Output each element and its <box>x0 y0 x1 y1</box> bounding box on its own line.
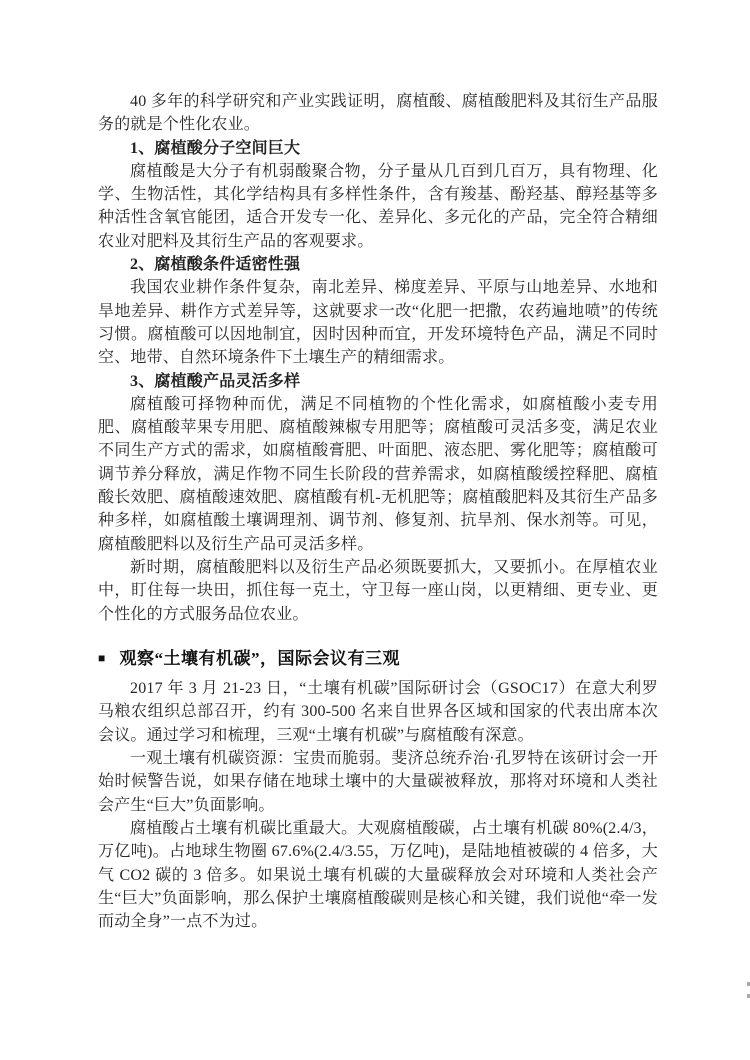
paragraph-first-view: 一观土壤有机碳资源：宝贵而脆弱。斐济总统乔治·孔罗特在该研讨会一开始时候警告说，… <box>98 747 658 817</box>
paragraph-carbon-share: 腐植酸占土壤有机碳比重最大。大观腐植酸碳，占土壤有机碳 80%(2.4/3，万亿… <box>98 817 658 933</box>
document-content: 40 多年的科学研究和产业实践证明，腐植酸、腐植酸肥料及其衍生产品服务的就是个性… <box>98 90 658 933</box>
subheading-3: 3、腐植酸产品灵活多样 <box>98 370 658 393</box>
subheading-2: 2、腐植酸条件适密性强 <box>98 253 658 276</box>
paragraph-gsoc17: 2017 年 3 月 21-23 日，“土壤有机碳”国际研讨会（GSOC17）在… <box>98 677 658 747</box>
paragraph-molecule: 腐植酸是大分子有机弱酸聚合物，分子量从几百到几百万，具有物理、化学、生物活性，其… <box>98 160 658 253</box>
paragraph-new-era: 新时期，腐植酸肥料以及衍生产品必须既要抓大，又要抓小。在厚植农业中，盯住每一块田… <box>98 556 658 626</box>
paragraph-intro: 40 多年的科学研究和产业实践证明，腐植酸、腐植酸肥料及其衍生产品服务的就是个性… <box>98 90 658 137</box>
paragraph-products: 腐植酸可择物种而优，满足不同植物的个性化需求，如腐植酸小麦专用肥、腐植酸苹果专用… <box>98 393 658 556</box>
section-title: 观察“土壤有机碳”，国际会议有三观 <box>119 649 400 668</box>
section-heading: ■观察“土壤有机碳”，国际会议有三观 <box>98 647 658 670</box>
paragraph-conditions: 我国农业耕作条件复杂，南北差异、梯度差异、平原与山地差异、水地和旱地差异、耕作方… <box>98 276 658 369</box>
subheading-1: 1、腐植酸分子空间巨大 <box>98 137 658 160</box>
square-bullet-icon: ■ <box>98 647 105 670</box>
document-page: 40 多年的科学研究和产业实践证明，腐植酸、腐植酸肥料及其衍生产品服务的就是个性… <box>0 0 750 1060</box>
